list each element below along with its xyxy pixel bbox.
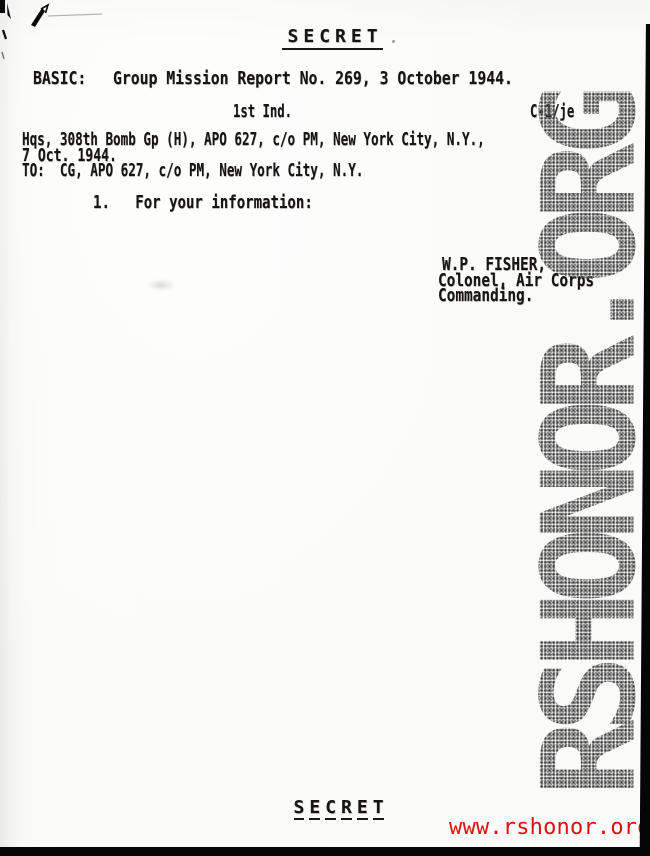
scan-speck — [392, 40, 395, 43]
ink-smudge — [146, 279, 176, 291]
classification-footer: SECRET — [291, 799, 386, 820]
indorsement-label: 1st Ind. — [233, 103, 292, 121]
handwritten-marks-icon — [0, 0, 120, 70]
heading-line-to: TO: CG, APO 627, c/o PM, New York City, … — [22, 162, 363, 180]
vertical-watermark-text: RSHONOR.ORG — [516, 92, 650, 797]
paragraph-1: 1. For your information: — [93, 194, 313, 212]
scan-border-bottom — [0, 847, 650, 856]
watermark-site-url: www.rshonor.org — [449, 815, 650, 840]
scanned-document-page: SECRET BASIC: Group Mission Report No. 2… — [0, 0, 650, 856]
basic-reference-line: BASIC: Group Mission Report No. 269, 3 O… — [33, 70, 513, 88]
classification-header: SECRET — [282, 28, 383, 50]
